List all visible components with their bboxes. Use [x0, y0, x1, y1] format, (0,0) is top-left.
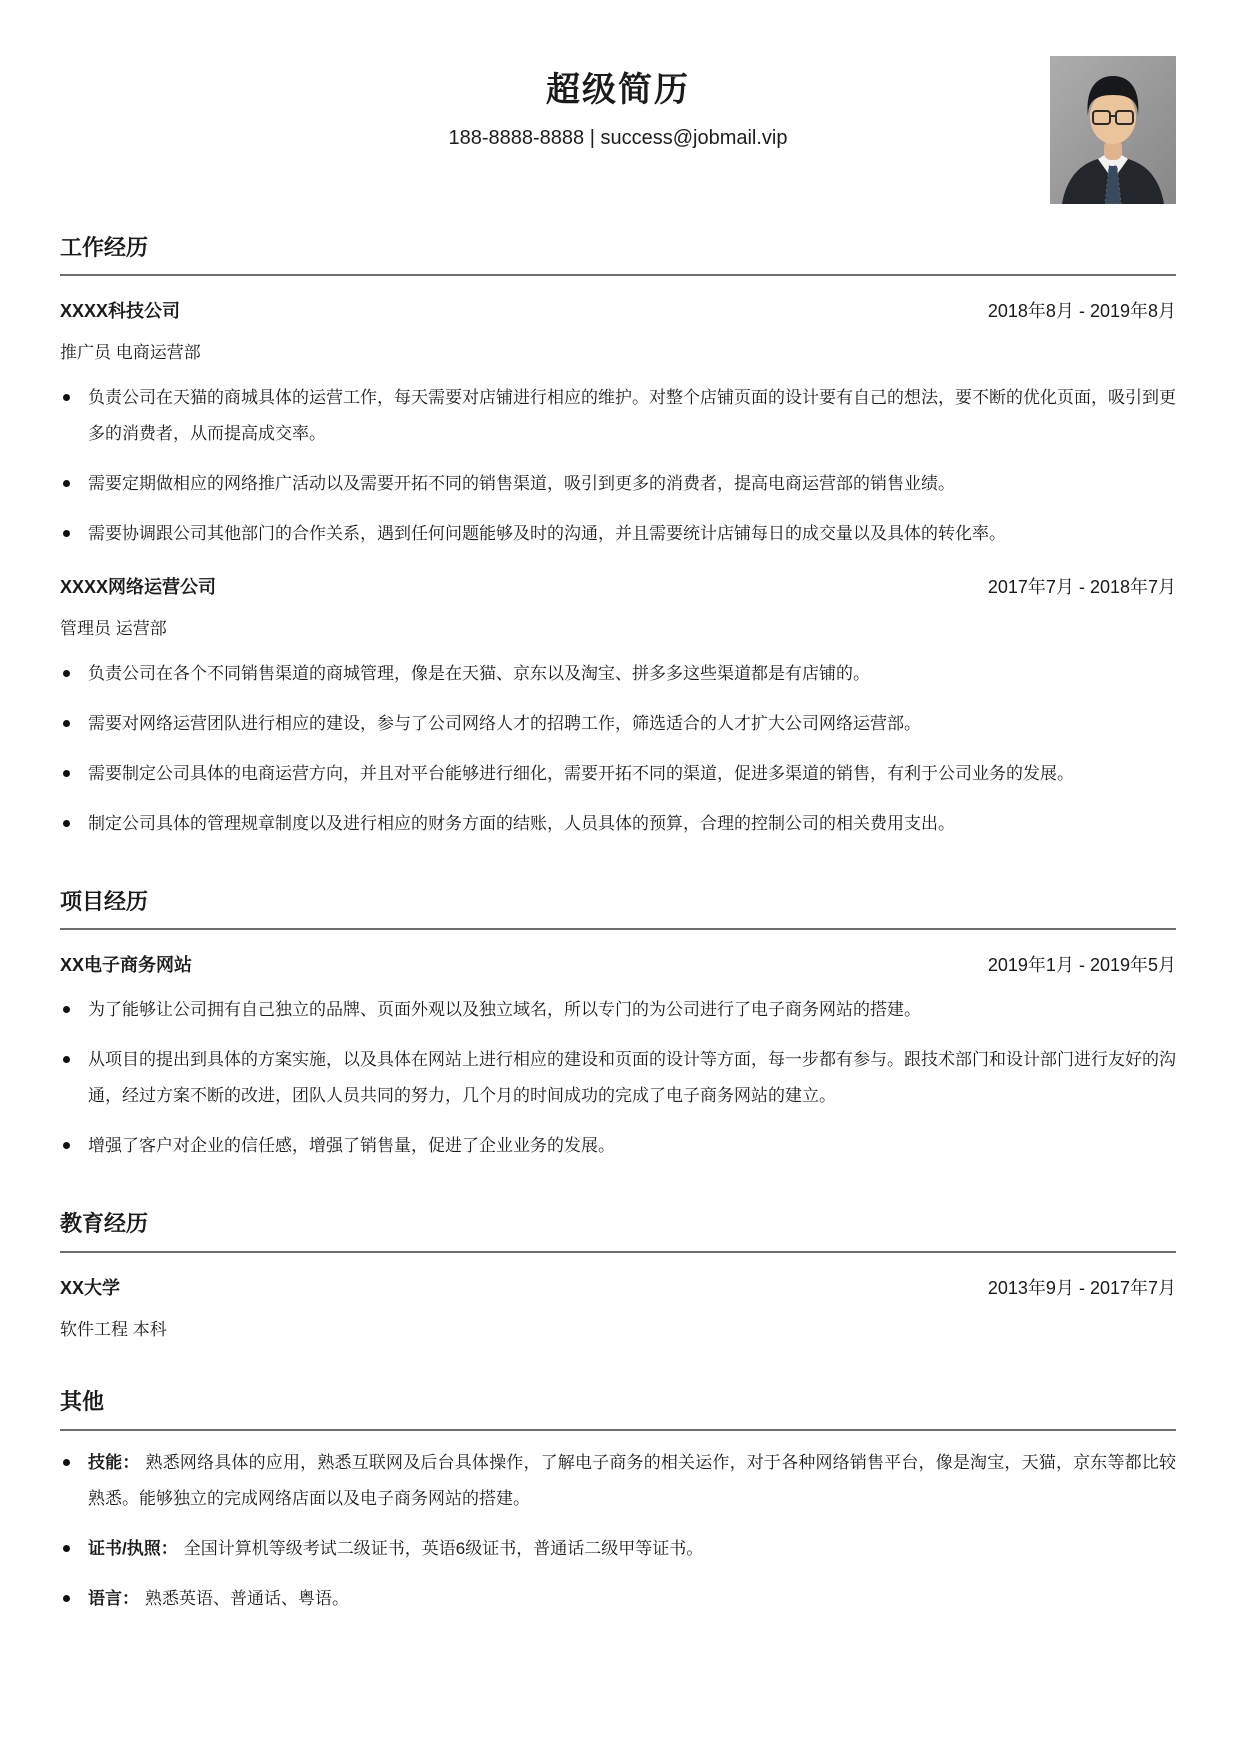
portrait-photo-graphic	[1050, 56, 1176, 204]
bullet-item: 增强了客户对企业的信任感，增强了销售量，促进了企业业务的发展。	[60, 1128, 1176, 1164]
section-title-projects: 项目经历	[60, 888, 1176, 931]
other-item-languages: 语言：熟悉英语、普通话、粤语。	[60, 1581, 1176, 1617]
bullet-list: 负责公司在各个不同销售渠道的商城管理，像是在天猫、京东以及淘宝、拼多多这些渠道都…	[60, 656, 1176, 842]
other-item-text: 熟悉英语、普通话、粤语。	[145, 1589, 349, 1608]
company-name: XXXX网络运营公司	[60, 574, 216, 600]
other-item-label: 语言：	[88, 1589, 139, 1608]
resume-page: 超级简历 188-8888-8888 | success@jobmail.vip	[0, 0, 1240, 1755]
bullet-item: 需要定期做相应的网络推广活动以及需要开拓不同的销售渠道，吸引到更多的消费者，提高…	[60, 466, 1176, 502]
date-range: 2013年9月 - 2017年7月	[988, 1275, 1176, 1301]
section-education: 教育经历 XX大学 2013年9月 - 2017年7月 软件工程 本科	[60, 1210, 1176, 1342]
section-work-experience: 工作经历 XXXX科技公司 2018年8月 - 2019年8月 推广员 电商运营…	[60, 234, 1176, 842]
section-project-experience: 项目经历 XX电子商务网站 2019年1月 - 2019年5月 为了能够让公司拥…	[60, 888, 1176, 1165]
bullet-list: 为了能够让公司拥有自己独立的品牌、页面外观以及独立域名，所以专门的为公司进行了电…	[60, 992, 1176, 1164]
education-entry-1: XX大学 2013年9月 - 2017年7月 软件工程 本科	[60, 1275, 1176, 1343]
other-item-text: 全国计算机等级考试二级证书，英语6级证书，普通话二级甲等证书。	[184, 1539, 703, 1558]
section-title-other: 其他	[60, 1388, 1176, 1431]
contact-line: 188-8888-8888 | success@jobmail.vip	[60, 127, 1176, 150]
work-entry-1: XXXX科技公司 2018年8月 - 2019年8月 推广员 电商运营部 负责公…	[60, 298, 1176, 552]
company-name: XXXX科技公司	[60, 298, 180, 324]
other-item-label: 技能：	[88, 1453, 140, 1472]
section-title-education: 教育经历	[60, 1210, 1176, 1253]
other-item-text: 熟悉网络具体的应用，熟悉互联网及后台具体操作，了解电子商务的相关运作，对于各种网…	[88, 1453, 1176, 1508]
other-item-skills: 技能：熟悉网络具体的应用，熟悉互联网及后台具体操作，了解电子商务的相关运作，对于…	[60, 1445, 1176, 1517]
bullet-item: 负责公司在各个不同销售渠道的商城管理，像是在天猫、京东以及淘宝、拼多多这些渠道都…	[60, 656, 1176, 692]
bullet-item: 制定公司具体的管理规章制度以及进行相应的财务方面的结账，人员具体的预算，合理的控…	[60, 806, 1176, 842]
bullet-item: 为了能够让公司拥有自己独立的品牌、页面外观以及独立域名，所以专门的为公司进行了电…	[60, 992, 1176, 1028]
bullet-item: 需要对网络运营团队进行相应的建设，参与了公司网络人才的招聘工作，筛选适合的人才扩…	[60, 706, 1176, 742]
date-range: 2017年7月 - 2018年7月	[988, 574, 1176, 600]
degree-line: 软件工程 本科	[60, 1317, 1176, 1343]
bullet-item: 负责公司在天猫的商城具体的运营工作，每天需要对店铺进行相应的维护。对整个店铺页面…	[60, 380, 1176, 452]
job-role: 推广员 电商运营部	[60, 340, 1176, 366]
resume-header: 超级简历 188-8888-8888 | success@jobmail.vip	[60, 70, 1176, 150]
work-entry-2: XXXX网络运营公司 2017年7月 - 2018年7月 管理员 运营部 负责公…	[60, 574, 1176, 842]
job-role: 管理员 运营部	[60, 616, 1176, 642]
section-title-work: 工作经历	[60, 234, 1176, 277]
date-range: 2019年1月 - 2019年5月	[988, 952, 1176, 978]
project-name: XX电子商务网站	[60, 952, 192, 978]
school-name: XX大学	[60, 1275, 120, 1301]
bullet-item: 需要制定公司具体的电商运营方向，并且对平台能够进行细化，需要开拓不同的渠道，促进…	[60, 756, 1176, 792]
bullet-item: 需要协调跟公司其他部门的合作关系，遇到任何问题能够及时的沟通，并且需要统计店铺每…	[60, 516, 1176, 552]
other-item-certificates: 证书/执照：全国计算机等级考试二级证书，英语6级证书，普通话二级甲等证书。	[60, 1531, 1176, 1567]
bullet-list: 技能：熟悉网络具体的应用，熟悉互联网及后台具体操作，了解电子商务的相关运作，对于…	[60, 1445, 1176, 1617]
entry-header: XX电子商务网站 2019年1月 - 2019年5月	[60, 952, 1176, 978]
section-other: 其他 技能：熟悉网络具体的应用，熟悉互联网及后台具体操作，了解电子商务的相关运作…	[60, 1388, 1176, 1617]
date-range: 2018年8月 - 2019年8月	[988, 298, 1176, 324]
page-title: 超级简历	[60, 70, 1176, 111]
bullet-item: 从项目的提出到具体的方案实施，以及具体在网站上进行相应的建设和页面的设计等方面，…	[60, 1042, 1176, 1114]
bullet-list: 负责公司在天猫的商城具体的运营工作，每天需要对店铺进行相应的维护。对整个店铺页面…	[60, 380, 1176, 552]
entry-header: XXXX网络运营公司 2017年7月 - 2018年7月	[60, 574, 1176, 600]
other-item-label: 证书/执照：	[88, 1539, 178, 1558]
profile-photo	[1050, 56, 1176, 204]
entry-header: XXXX科技公司 2018年8月 - 2019年8月	[60, 298, 1176, 324]
project-entry-1: XX电子商务网站 2019年1月 - 2019年5月 为了能够让公司拥有自己独立…	[60, 952, 1176, 1164]
entry-header: XX大学 2013年9月 - 2017年7月	[60, 1275, 1176, 1301]
